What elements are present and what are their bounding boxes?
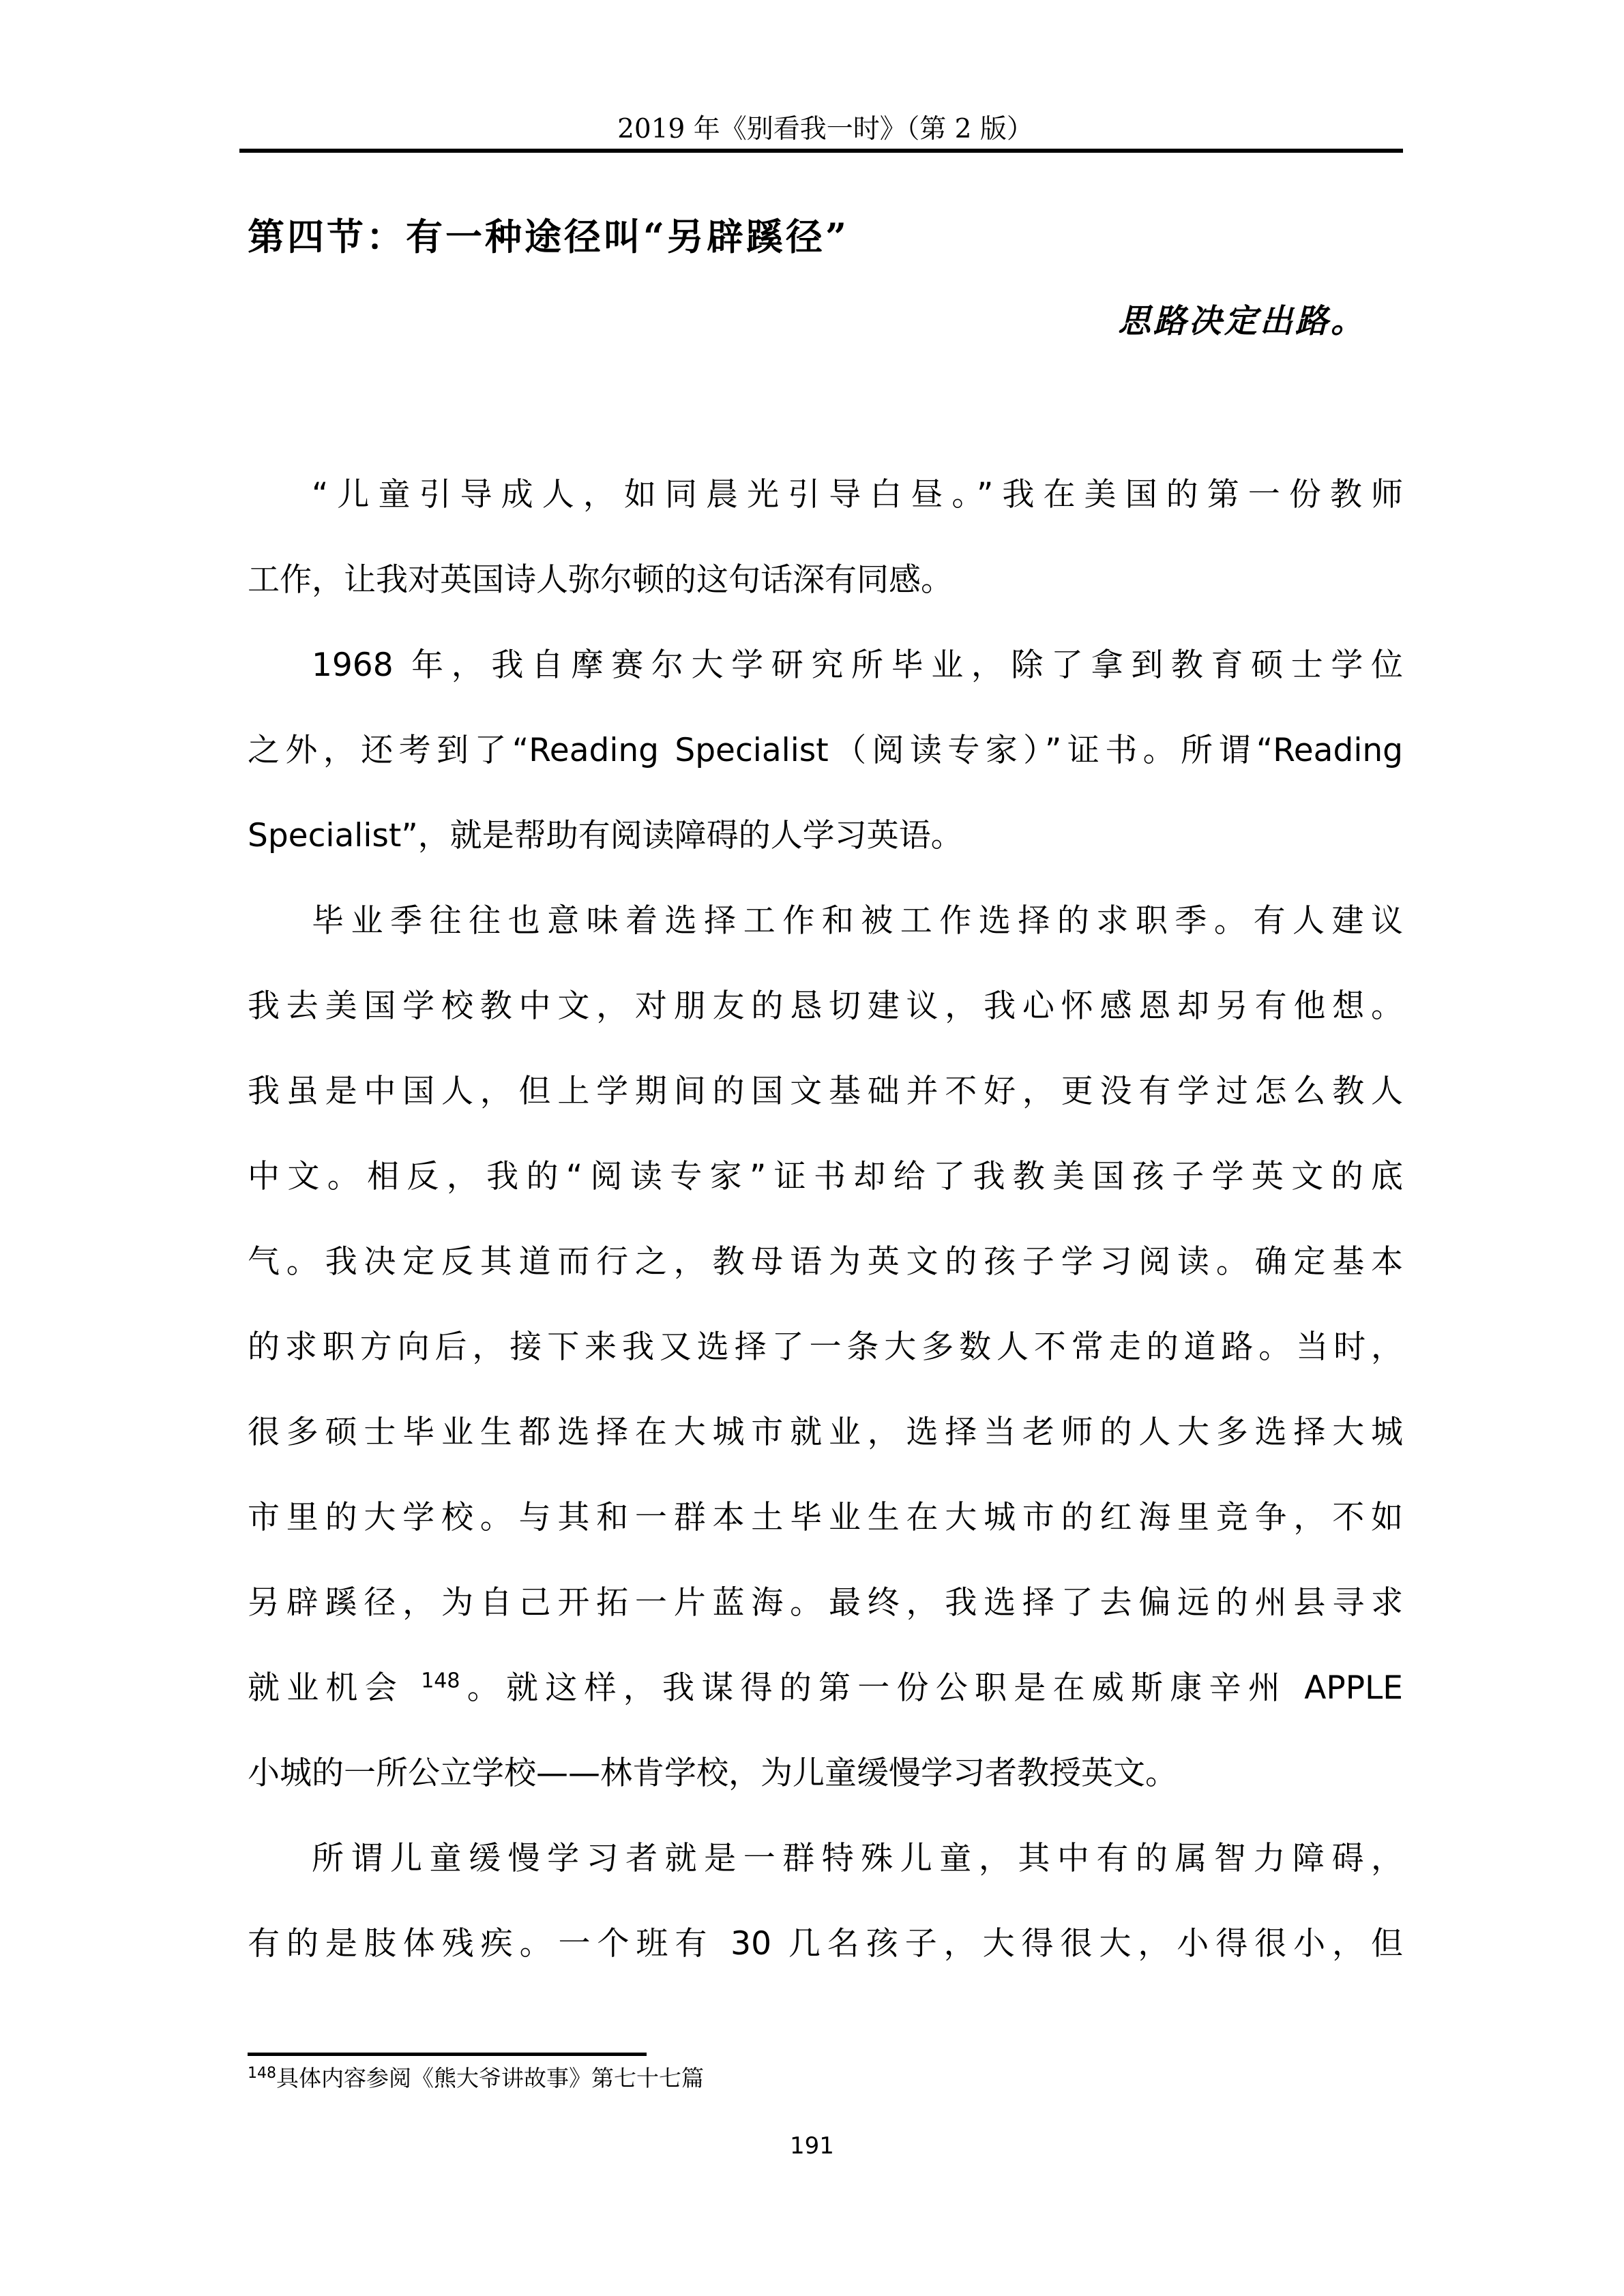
body-line: 的求职方向后，接下来我又选择了一条大多数人不常走的道路。当时， (248, 1304, 1403, 1390)
body-line: Specialist”，就是帮助有阅读障碍的人学习英语。 (248, 793, 1403, 878)
body-line: 我虽是中国人，但上学期间的国文基础并不好，更没有学过怎么教人 (248, 1049, 1403, 1134)
body-line: 1968 年，我自摩赛尔大学研究所毕业，除了拿到教育硕士学位 (248, 623, 1403, 708)
body-line: “儿童引导成人，如同晨光引导白昼。”我在美国的第一份教师 (248, 452, 1403, 537)
footnote-text: 具体内容参阅《熊大爷讲故事》第七十七篇 (276, 2065, 704, 2091)
body-line: 很多硕士毕业生都选择在大城市就业，选择当老师的人大多选择大城 (248, 1390, 1403, 1475)
body-text-segment: 。就这样，我谋得的第一份公职是在威斯康辛州 APPLE (460, 1669, 1403, 1707)
footnote-separator (248, 2053, 647, 2056)
body-text: “儿童引导成人，如同晨光引导白昼。”我在美国的第一份教师 工作，让我对英国诗人弥… (248, 452, 1403, 1986)
body-line: 我去美国学校教中文，对朋友的恳切建议，我心怀感恩却另有他想。 (248, 964, 1403, 1049)
running-header: 2019 年《别看我一时》（第 2 版） (248, 116, 1403, 143)
section-title: 第四节：有一种途径叫“另辟蹊径” (248, 217, 849, 257)
footnote-marker: 148 (248, 2065, 276, 2082)
body-line: 毕业季往往也意味着选择工作和被工作选择的求职季。有人建议 (248, 878, 1403, 964)
body-line: 工作，让我对英国诗人弥尔顿的这句话深有同感。 (248, 537, 1403, 623)
body-line: 有的是肢体残疾。一个班有 30 几名孩子，大得很大，小得很小，但 (248, 1901, 1403, 1986)
body-line: 另辟蹊径，为自己开拓一片蓝海。最终，我选择了去偏远的州县寻求 (248, 1560, 1403, 1645)
body-line: 气。我决定反其道而行之，教母语为英文的孩子学习阅读。确定基本 (248, 1219, 1403, 1304)
page-number: 191 (0, 2132, 1624, 2160)
body-line: 市里的大学校。与其和一群本土毕业生在大城市的红海里竞争，不如 (248, 1475, 1403, 1560)
body-line: 之外，还考到了“Reading Specialist（阅读专家）”证书。所谓“R… (248, 708, 1403, 793)
footnote-ref-superscript: 148 (421, 1669, 460, 1693)
epigraph-quote: 思路决定出路。 (1118, 304, 1366, 338)
body-line: 小城的一所公立学校——林肯学校，为儿童缓慢学习者教授英文。 (248, 1731, 1403, 1816)
body-text-segment: 就业机会 (248, 1669, 421, 1707)
header-rule (239, 149, 1403, 153)
footnote: 148具体内容参阅《熊大爷讲故事》第七十七篇 (248, 2065, 1403, 2092)
body-line: 中文。相反，我的“阅读专家”证书却给了我教美国孩子学英文的底 (248, 1134, 1403, 1219)
document-page: 2019 年《别看我一时》（第 2 版） 第四节：有一种途径叫“另辟蹊径” 思路… (0, 0, 1624, 2296)
body-line: 就业机会 148。就这样，我谋得的第一份公职是在威斯康辛州 APPLE (248, 1645, 1403, 1731)
body-line: 所谓儿童缓慢学习者就是一群特殊儿童，其中有的属智力障碍， (248, 1816, 1403, 1901)
